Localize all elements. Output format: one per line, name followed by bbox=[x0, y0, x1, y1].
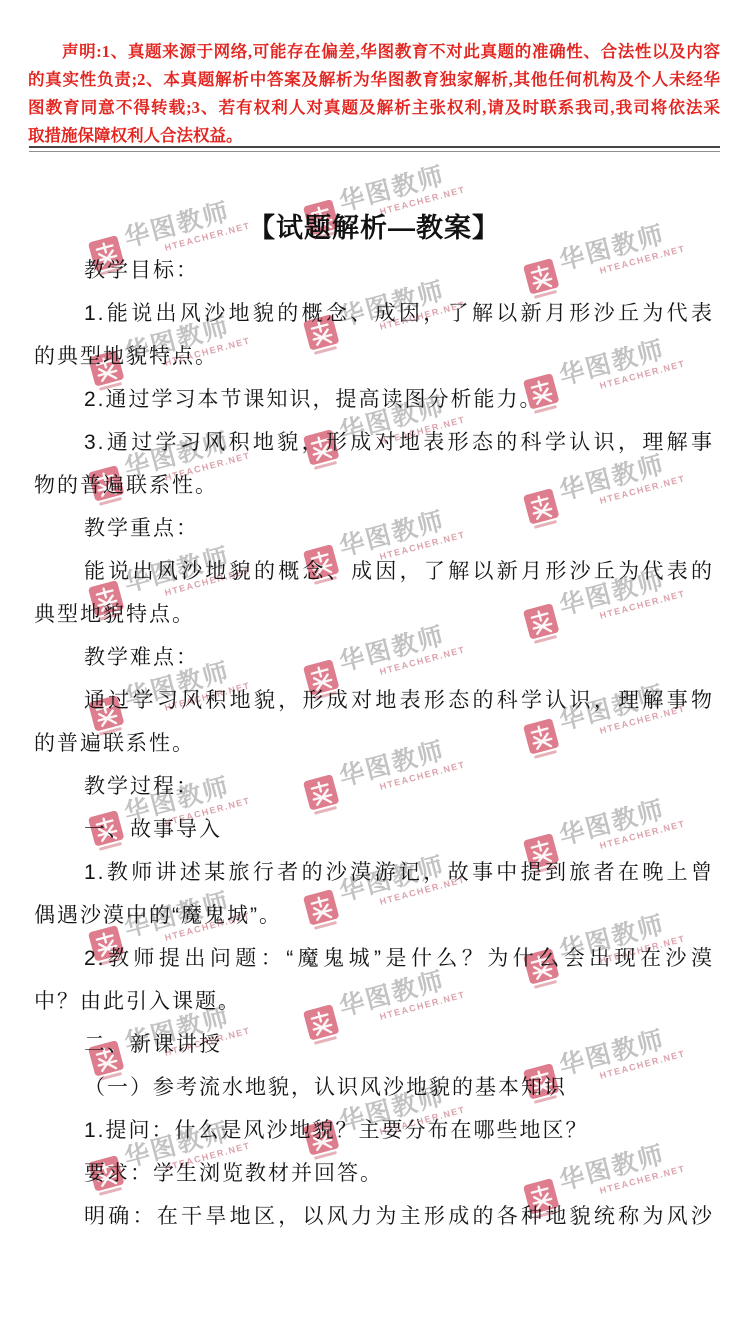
disclaimer-line: 的真实性负责;2、本真题解析中答案及解析为华图教育独家解析,其他任何机构及个人未… bbox=[28, 66, 720, 94]
body-line: 2.教师提出问题：“魔鬼城”是什么？为什么会出现在沙漠 bbox=[34, 937, 714, 980]
body-line: 物的普遍联系性。 bbox=[34, 464, 714, 507]
body-line: 要求：学生浏览教材并回答。 bbox=[34, 1152, 714, 1195]
body-line: 通过学习风积地貌，形成对地表形态的科学认识，理解事物 bbox=[34, 679, 714, 722]
body-line: 1.提问：什么是风沙地貌？主要分布在哪些地区？ bbox=[34, 1109, 714, 1152]
body-line: 教学目标： bbox=[34, 249, 714, 292]
disclaimer-line: 声明:1、真题来源于网络,可能存在偏差,华图教育不对此真题的准确性、合法性以及内… bbox=[28, 38, 720, 66]
body-line: 偶遇沙漠中的“魔鬼城”。 bbox=[34, 894, 714, 937]
body-line: 中？由此引入课题。 bbox=[34, 980, 714, 1023]
body-text: 教学目标：1.能说出风沙地貌的概念、成因，了解以新月形沙丘为代表的典型地貌特点。… bbox=[34, 249, 714, 1238]
disclaimer-section: 声明:1、真题来源于网络,可能存在偏差,华图教育不对此真题的准确性、合法性以及内… bbox=[28, 38, 720, 150]
body-line: 二、新课讲授 bbox=[34, 1023, 714, 1066]
section-divider bbox=[29, 146, 720, 152]
body-line: 教学过程： bbox=[34, 765, 714, 808]
page-title: 【试题解析—教案】 bbox=[34, 206, 714, 245]
body-line: 教学重点： bbox=[34, 507, 714, 550]
body-line: 明确：在干旱地区，以风力为主形成的各种地貌统称为风沙 bbox=[34, 1195, 714, 1238]
body-line: 的典型地貌特点。 bbox=[34, 335, 714, 378]
body-line: 2.通过学习本节课知识，提高读图分析能力。 bbox=[34, 378, 714, 421]
body-line: 3.通过学习风积地貌，形成对地表形态的科学认识，理解事 bbox=[34, 421, 714, 464]
body-line: 能说出风沙地貌的概念、成因，了解以新月形沙丘为代表的 bbox=[34, 550, 714, 593]
body-line: 教学难点： bbox=[34, 636, 714, 679]
document-page: 华图教师HTEACHER.NET华图教师HTEACHER.NET华图教师HTEA… bbox=[0, 0, 748, 1335]
body-line: 的普遍联系性。 bbox=[34, 722, 714, 765]
disclaimer-line: 图教育同意不得转载;3、若有权利人对真题及解析主张权利,请及时联系我司,我司将依… bbox=[28, 94, 720, 122]
body-line: 1.教师讲述某旅行者的沙漠游记，故事中提到旅者在晚上曾 bbox=[34, 851, 714, 894]
body-line: 1.能说出风沙地貌的概念、成因，了解以新月形沙丘为代表 bbox=[34, 292, 714, 335]
body-line: （一）参考流水地貌，认识风沙地貌的基本知识 bbox=[34, 1066, 714, 1109]
body-line: 典型地貌特点。 bbox=[34, 593, 714, 636]
body-line: 一、故事导入 bbox=[34, 808, 714, 851]
